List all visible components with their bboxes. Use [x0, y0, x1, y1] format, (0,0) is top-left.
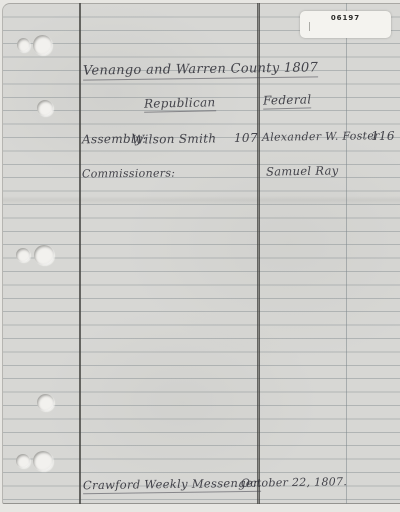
- federal-candidate-name: Samuel Ray: [266, 163, 339, 178]
- office-label-commissioners: Commissioners:: [82, 167, 175, 181]
- binder-hole: [33, 451, 53, 471]
- binder-hole: [34, 245, 54, 265]
- label-mark: [309, 22, 310, 31]
- catalog-number: 06197: [300, 14, 391, 22]
- federal-candidate-name: Alexander W. Foster: [262, 129, 380, 144]
- binder-hole: [16, 454, 30, 468]
- citation-date: October 22, 1807.: [241, 475, 347, 489]
- binder-hole: [17, 38, 30, 52]
- left-margin-line: [79, 3, 81, 504]
- binder-hole: [37, 100, 53, 116]
- scanned-ledger-page: 06197 Venango and Warren County 1807 Rep…: [0, 0, 400, 512]
- binder-hole: [33, 35, 52, 55]
- column-header-federal: Federal: [263, 92, 312, 109]
- page-title: Venango and Warren County 1807: [83, 60, 318, 80]
- column-header-republican: Republican: [144, 95, 216, 112]
- binder-hole: [16, 248, 30, 262]
- republican-candidate-name: Wilson Smith: [132, 131, 217, 146]
- citation-source: Crawford Weekly Messenger.: [83, 476, 262, 494]
- republican-vote-count: 107: [234, 131, 258, 145]
- binder-hole: [37, 394, 54, 411]
- right-column-line: [346, 3, 347, 504]
- federal-vote-count: 116: [371, 129, 395, 143]
- catalog-label: 06197: [300, 11, 391, 38]
